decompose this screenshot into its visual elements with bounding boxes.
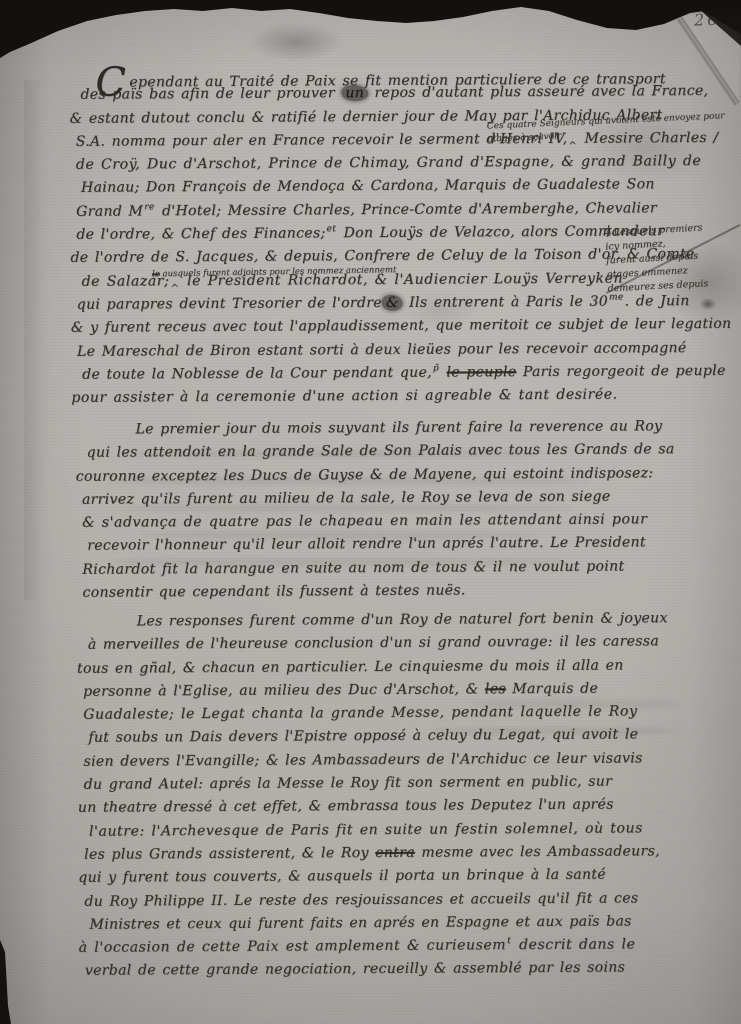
text-segment: repos d'autant plus asseuré avec la Fran… <box>368 83 708 101</box>
manuscript-text: Cependant au Traité de Paix se fit menti… <box>0 0 741 1024</box>
text-segment: de l'ordre de S. Jacques, & depuis, Conf… <box>70 246 694 266</box>
text-segment: Marquis de <box>506 681 598 698</box>
manuscript-line: de l'ordre, & Chef des Finances;et Don L… <box>76 223 651 250</box>
manuscript-line: pour assister à la ceremonie d'une actio… <box>71 386 652 413</box>
manuscript-line: Le Mareschal de Biron estant sorti à deu… <box>77 340 652 367</box>
text-segment: Ils entrerent à Paris le 30 <box>403 294 608 311</box>
sup-segment: t <box>507 936 511 946</box>
text-segment: de toute la Noblesse de la Cour pendant … <box>82 364 432 382</box>
text-segment: à merveilles de l'heureuse conclusion d'… <box>88 634 659 653</box>
margin-note-line: Lesquels premiers <box>613 222 702 238</box>
paragraph-3: Les responses furent comme d'un Roy de n… <box>83 610 645 986</box>
text-segment: verbal de cette grande negociation, recu… <box>85 960 625 979</box>
dagger-icon: ‡ <box>604 223 612 239</box>
text-segment: . de Juin <box>624 293 689 309</box>
struck-word: le <box>152 269 160 279</box>
text-segment: Les responses furent comme d'un Roy de n… <box>137 610 668 629</box>
manuscript-line: recevoir l'honneur qu'il leur alloit ren… <box>87 535 642 562</box>
text-segment: les plus Grands assisterent, & le Roy <box>84 845 375 863</box>
manuscript-line: qui parapres devint Tresorier de l'ordre… <box>77 293 652 320</box>
text-segment: arrivez qu'ils furent au milieu de la sa… <box>82 488 611 507</box>
text-segment: mesme avec les Ambassadeurs, <box>415 843 660 860</box>
caret-segment: ^ <box>170 283 179 294</box>
text-segment: qui parapres devint Tresorier de l'ordre <box>77 295 382 313</box>
manuscript-line: Le premier jour du mois suyvant ils fure… <box>81 418 641 445</box>
paragraph-1: Cependant au Traité de Paix se fit menti… <box>75 60 652 413</box>
manuscript-line: qui y furent tous couverts, & ausquels i… <box>78 867 644 894</box>
blot-segment: un <box>341 85 368 101</box>
manuscript-line: fut soubs un Dais devers l'Epistre oppos… <box>88 727 643 754</box>
manuscript-line: des païs bas afin de leur prouver un rep… <box>80 84 650 111</box>
text-segment: Paris regorgeoit de peuple <box>516 363 725 380</box>
text-segment: fut soubs un Dais devers l'Epistre oppos… <box>88 727 638 746</box>
manuscript-line: consentir que cependant ils fussent à te… <box>82 581 642 608</box>
margin-note-line: furent aussi depuis <box>606 251 699 267</box>
manuscript-line: verbal de cette grande negociation, recu… <box>85 960 645 987</box>
margin-note-line: icy nommez, <box>605 238 666 252</box>
text-segment: consentir que cependant ils fussent à te… <box>82 582 465 600</box>
manuscript-line: un theatre dressé à cet effet, & embrass… <box>78 797 644 824</box>
text-segment: couronne exceptez les Ducs de Guyse & de… <box>76 465 654 485</box>
text-segment: un theatre dressé à cet effet, & embrass… <box>78 797 614 816</box>
text-segment: descrit dans le <box>512 937 635 954</box>
text-segment: de Croÿ, Duc d'Arschot, Prince de Chimay… <box>76 153 702 173</box>
manuscript-line: & y furent receus avec tout l'applaudiss… <box>71 317 652 344</box>
text-segment: d'Hotel; Messire Charles, Prince-Comte d… <box>155 200 656 219</box>
manuscript-line: à merveilles de l'heureuse conclusion d'… <box>88 634 643 661</box>
manuscript-line: tous en gñal, & chacun en particulier. L… <box>77 657 643 684</box>
text-segment: personne à l'Eglise, au milieu des Duc d… <box>83 681 485 699</box>
manuscript-line: couronne exceptez les Ducs de Guyse & de… <box>76 465 642 492</box>
text-segment: Le premier jour du mois suyvant ils fure… <box>135 418 662 437</box>
paragraph-2: Le premier jour du mois suyvant ils fure… <box>81 418 642 608</box>
text-segment: sien devers l'Evangille; & les Ambassade… <box>83 750 642 769</box>
sup-segment: p̃ <box>433 363 439 373</box>
manuscript-photo: Cependant au Traité de Paix se fit menti… <box>0 0 741 1024</box>
manuscript-line: qui les attendoit en la grande Sale de S… <box>87 442 642 469</box>
text-segment: & s'advança de quatre pas le chapeau en … <box>82 511 647 530</box>
text-segment: l'autre: l'Archevesque de Paris fit en s… <box>89 820 643 839</box>
text-segment: Ministres et ceux qui furent faits en ap… <box>89 913 631 932</box>
page-number: 266 <box>694 9 734 29</box>
text-segment: Grand M <box>76 203 143 219</box>
manuscript-line: l'autre: l'Archevesque de Paris fit en s… <box>89 820 644 847</box>
text-segment: du grand Autel: aprés la Messe le Roy fi… <box>84 774 613 793</box>
manuscript-line: Hainau; Don François de Mendoça & Cardon… <box>81 177 651 204</box>
text-segment: Hainau; Don François de Mendoça & Cardon… <box>81 177 655 197</box>
margin-note-line: otages emmenez <box>607 265 688 280</box>
sup-segment: re <box>144 202 154 212</box>
manuscript-line: Richardot fit la harangue en suite au no… <box>82 558 642 585</box>
initial-segment: C <box>95 59 126 105</box>
text-segment: & y furent receus avec tout l'applaudiss… <box>71 316 732 336</box>
manuscript-line: du Roy Philippe II. Le reste des resjoui… <box>84 890 644 917</box>
text-segment: qui y furent tous couverts, & ausquels i… <box>78 867 606 886</box>
text-segment: du Roy Philippe II. Le reste des resjoui… <box>84 890 638 909</box>
strike-segment: les <box>485 681 506 697</box>
manuscript-line: sien devers l'Evangille; & les Ambassade… <box>83 750 643 777</box>
text-segment: qui les attendoit en la grande Sale de S… <box>87 441 675 461</box>
text-segment: tous en gñal, & chacun en particulier. L… <box>77 657 624 676</box>
manuscript-line: Grand Mre d'Hotel; Messire Charles, Prin… <box>76 200 651 227</box>
margin-note: ‡Lesquels premiers icy nommez, furent au… <box>604 218 741 297</box>
strike-segment: le peuple <box>446 364 516 380</box>
manuscript-line: de Croÿ, Duc d'Arschot, Prince de Chimay… <box>76 153 651 180</box>
interline-note-text: ausquels furent adjoints pour les nommez… <box>162 265 396 279</box>
text-segment: Richardot fit la harangue en suite au no… <box>82 558 624 577</box>
text-segment: de l'ordre, & Chef des Finances; <box>76 225 325 243</box>
sup-segment: et <box>326 224 336 234</box>
text-segment: à l'occasion de cette Paix est amplement… <box>79 937 507 956</box>
blot-segment: & <box>382 295 403 311</box>
manuscript-line: arrivez qu'ils furent au milieu de la sa… <box>82 488 642 515</box>
text-segment: Guadaleste; le Legat chanta la grande Me… <box>83 704 637 723</box>
text-segment: Le Mareschal de Biron estant sorti à deu… <box>77 340 687 360</box>
strike-segment: entra <box>375 845 415 861</box>
caret-segment: ^ <box>568 141 577 152</box>
manuscript-line: personne à l'Eglise, au milieu des Duc d… <box>83 680 643 707</box>
text-segment: pour assister à la ceremonie d'une actio… <box>71 387 617 406</box>
text-segment: recevoir l'honneur qu'il leur alloit ren… <box>87 535 646 554</box>
